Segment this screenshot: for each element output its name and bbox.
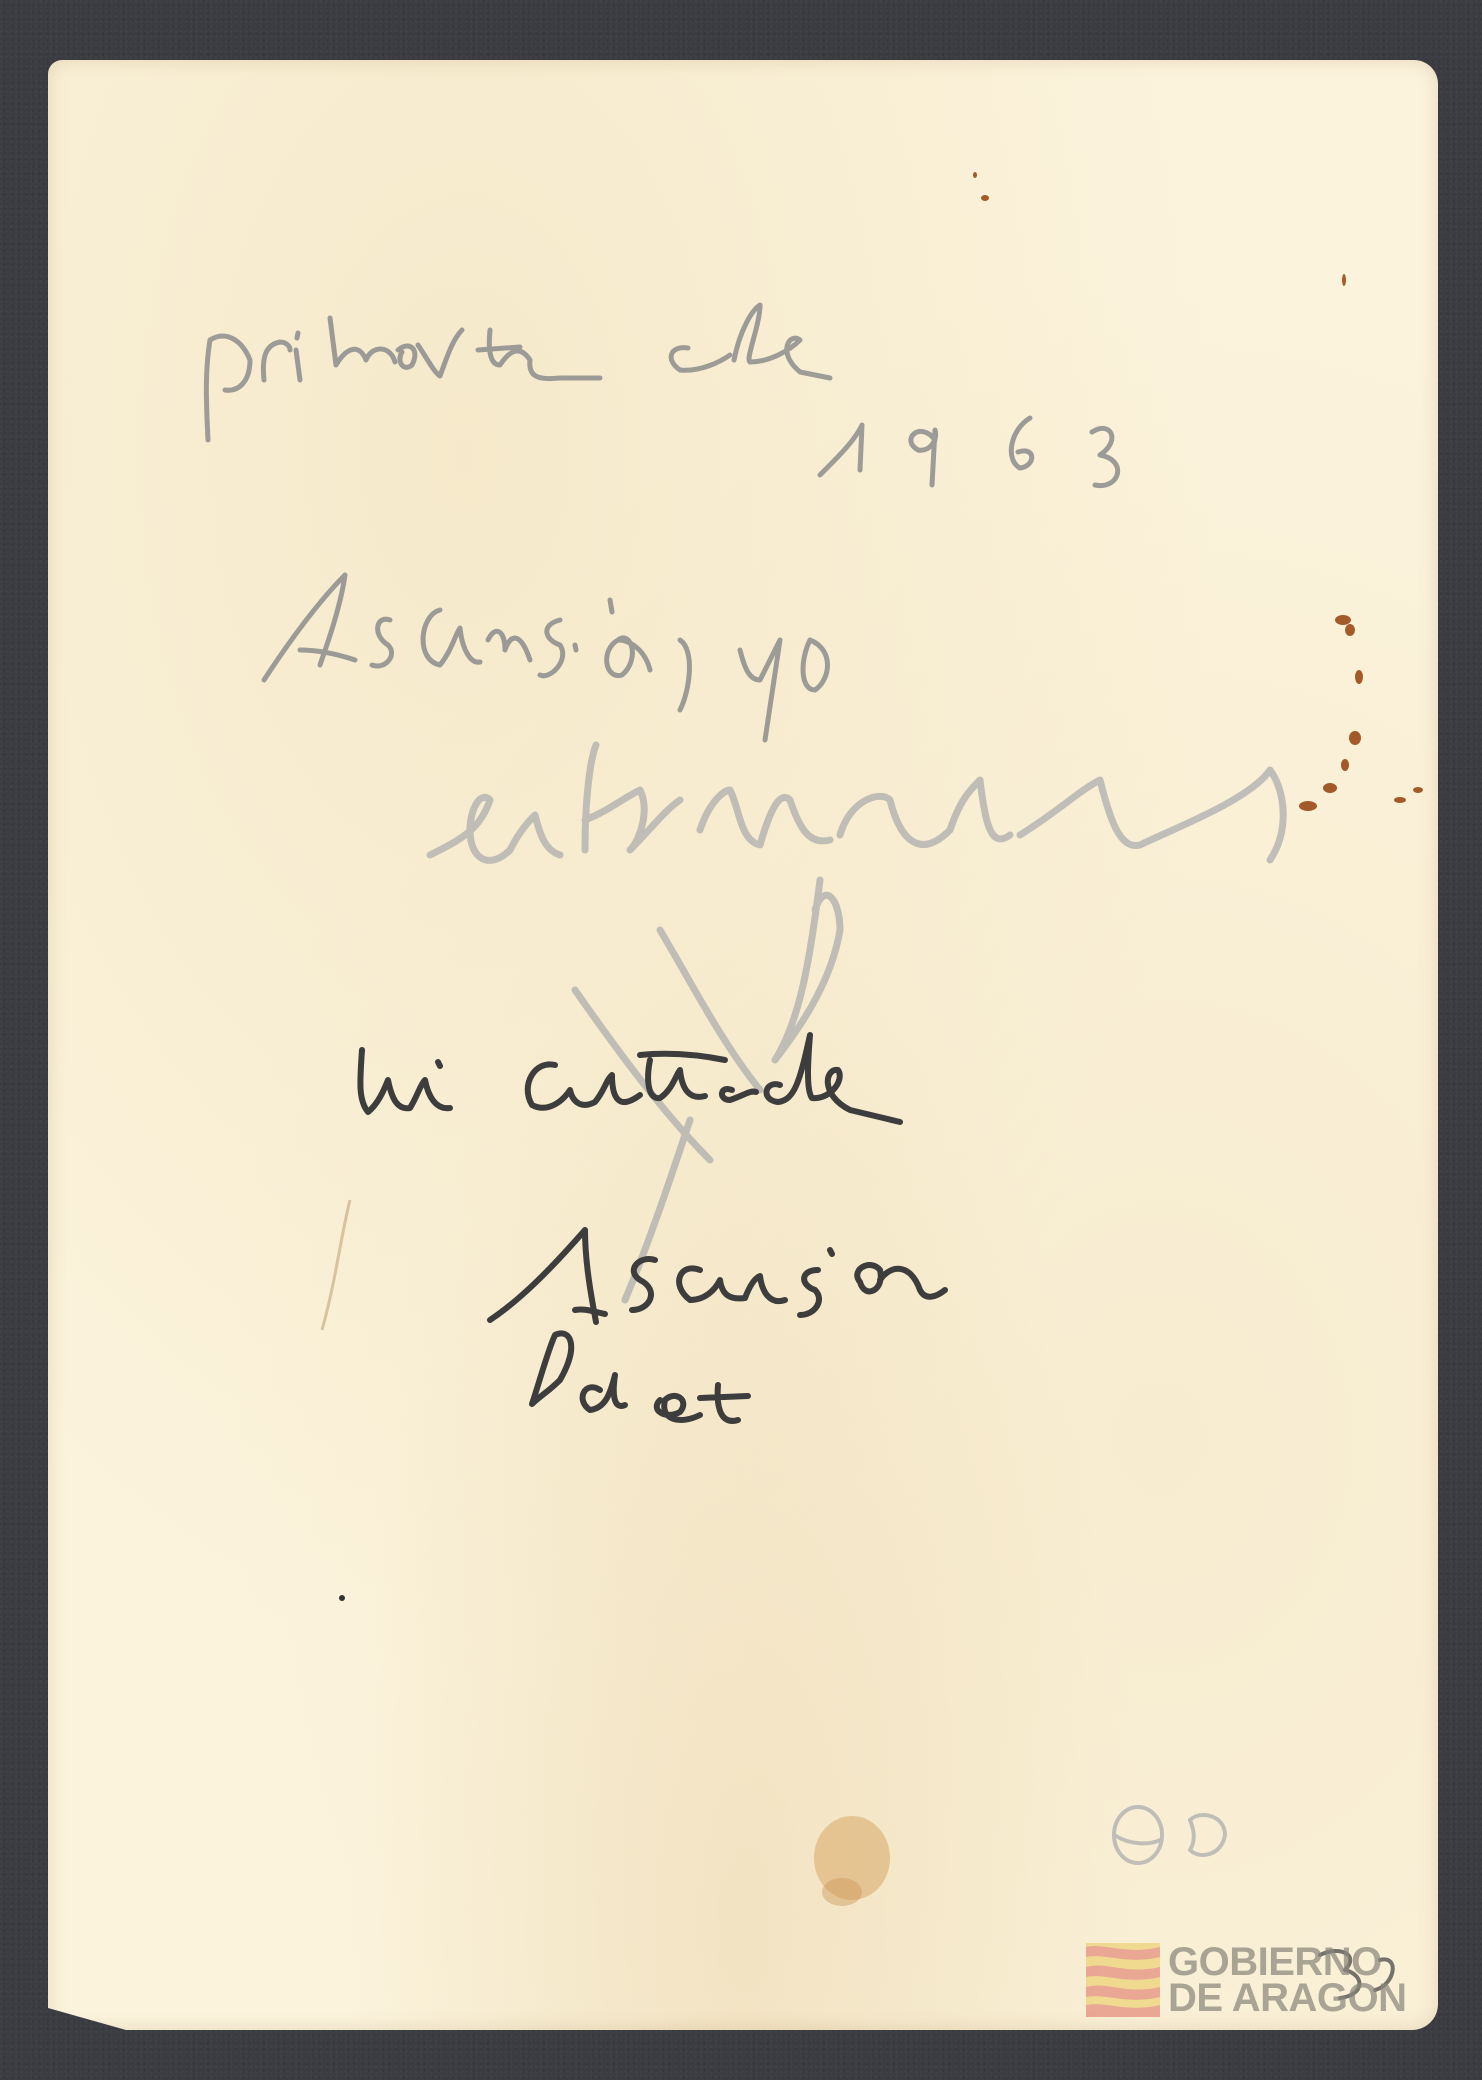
watermark-line-2: DE ARAGON bbox=[1168, 1980, 1406, 2016]
aragon-flag-icon bbox=[1086, 1943, 1160, 2017]
gobierno-de-aragon-watermark: GOBIERNO DE ARAGON bbox=[1086, 1943, 1406, 2017]
watermark-line-1: GOBIERNO bbox=[1168, 1944, 1406, 1980]
photo-card-back bbox=[48, 60, 1438, 2030]
pencil-line-primavera: primavera de bbox=[0, 0, 1, 1]
transcription: primavera de 1963 Ascensión y yo en Ferr… bbox=[0, 0, 1, 1]
